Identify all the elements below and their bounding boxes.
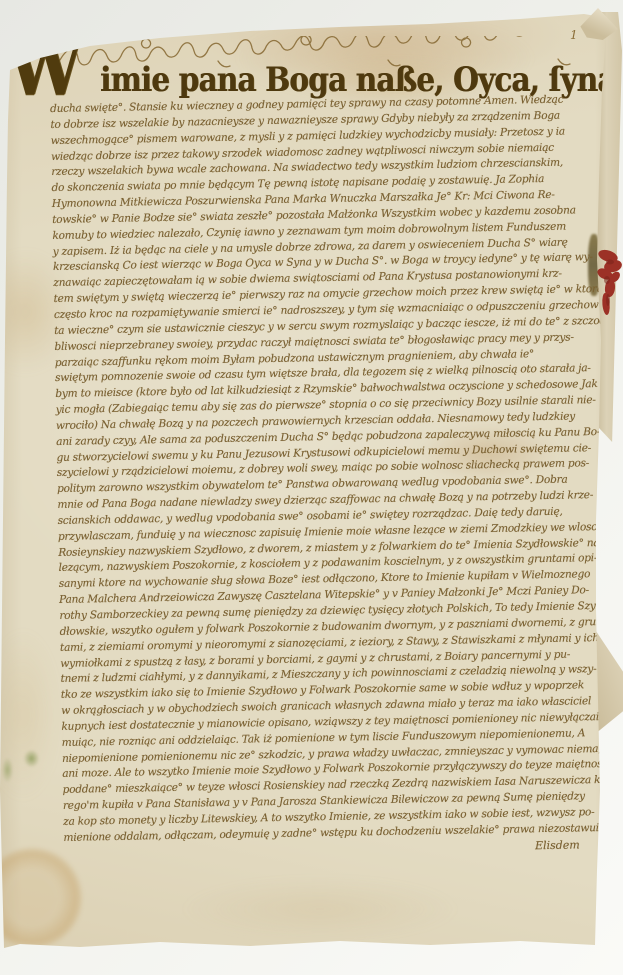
- water-stain: [0, 848, 82, 948]
- ink-blot-green: [24, 750, 39, 767]
- manuscript-page: W imie pana Boga naße, Oyca, ſyna ÿ 1 du…: [0, 0, 623, 975]
- page-number: 1: [570, 28, 578, 42]
- illuminated-initial: W: [8, 33, 82, 104]
- ink-blot-green: [2, 758, 13, 782]
- water-stain: [0, 630, 58, 800]
- red-wax-seal-cord: [593, 244, 623, 326]
- manuscript-body: ducha swięte°. Stansie ku wieczney a god…: [50, 92, 604, 862]
- document-photo: W imie pana Boga naße, Oyca, ſyna ÿ 1 du…: [0, 0, 623, 975]
- water-stain: [180, 878, 460, 940]
